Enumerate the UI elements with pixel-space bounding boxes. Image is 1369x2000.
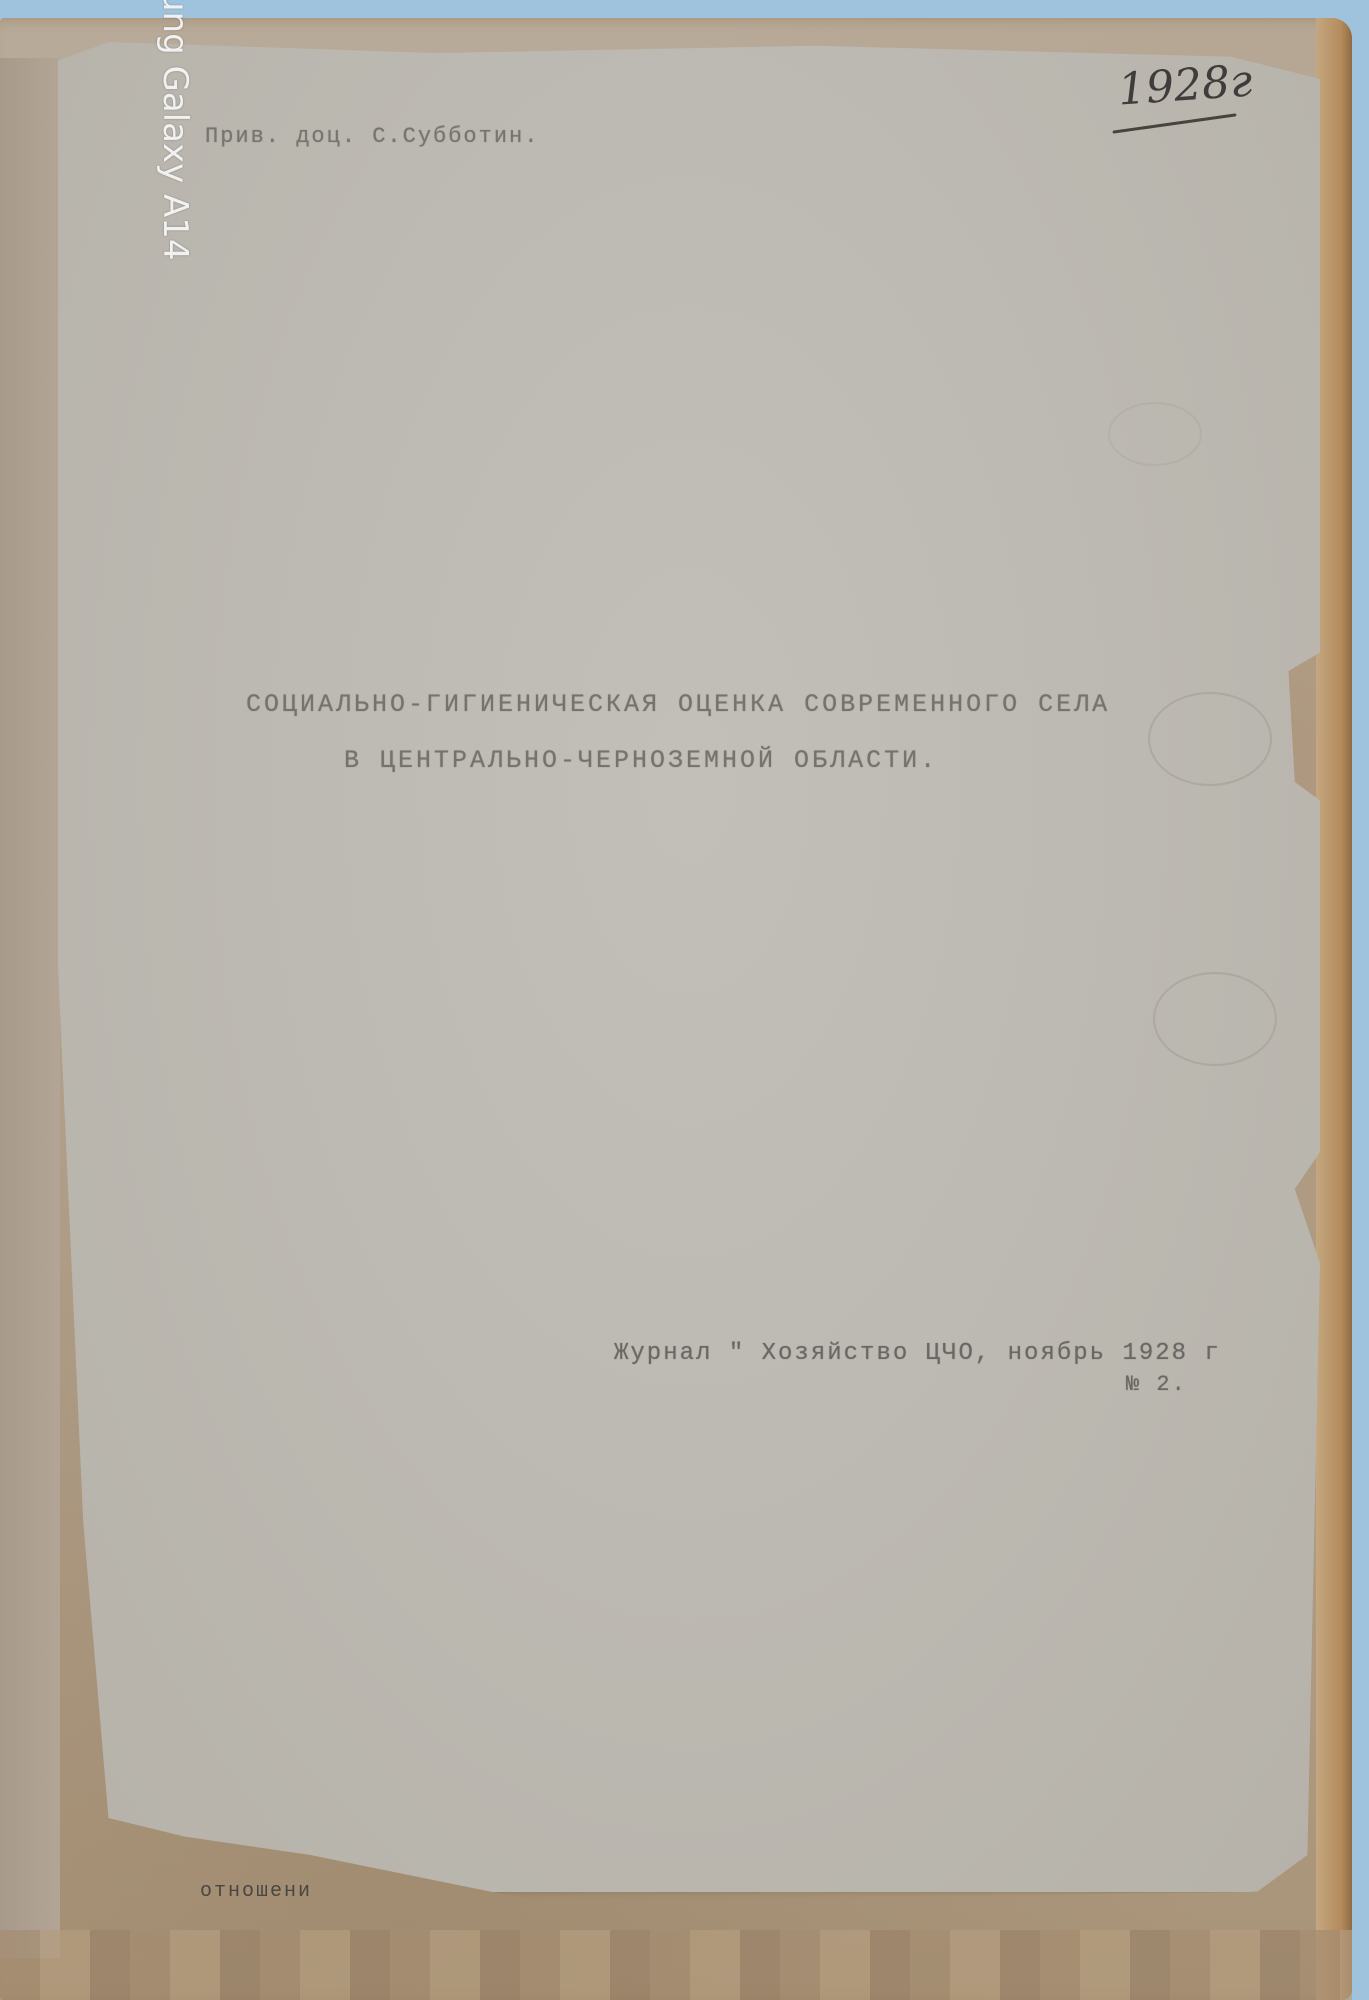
document-title-line-2: В ЦЕНТРАЛЬНО-ЧЕРНОЗЕМНОЙ ОБЛАСТИ. (344, 746, 938, 775)
folder-left-strip (0, 58, 60, 1958)
source-citation: Журнал " Хозяйство ЦЧО, ноябрь 1928 г (614, 1340, 1221, 1367)
handwritten-year: 1928г (1116, 55, 1253, 115)
issue-number: № 2. (1126, 1372, 1187, 1397)
folder-right-edge (1316, 18, 1352, 2000)
document-title-line-1: СОЦИАЛЬНО-ГИГИЕНИЧЕСКАЯ ОЦЕНКА СОВРЕМЕНН… (246, 690, 1110, 719)
author-line: Прив. доц. С.Субботин. (205, 124, 539, 149)
folder-bottom-edge (0, 1930, 1352, 2000)
underlying-page-text: отношени (200, 1880, 312, 1903)
document-page (58, 42, 1320, 1892)
water-stain (1148, 692, 1272, 786)
water-stain (1108, 402, 1202, 466)
water-stain (1153, 972, 1277, 1066)
camera-watermark: ung Galaxy A14 (155, 0, 195, 261)
